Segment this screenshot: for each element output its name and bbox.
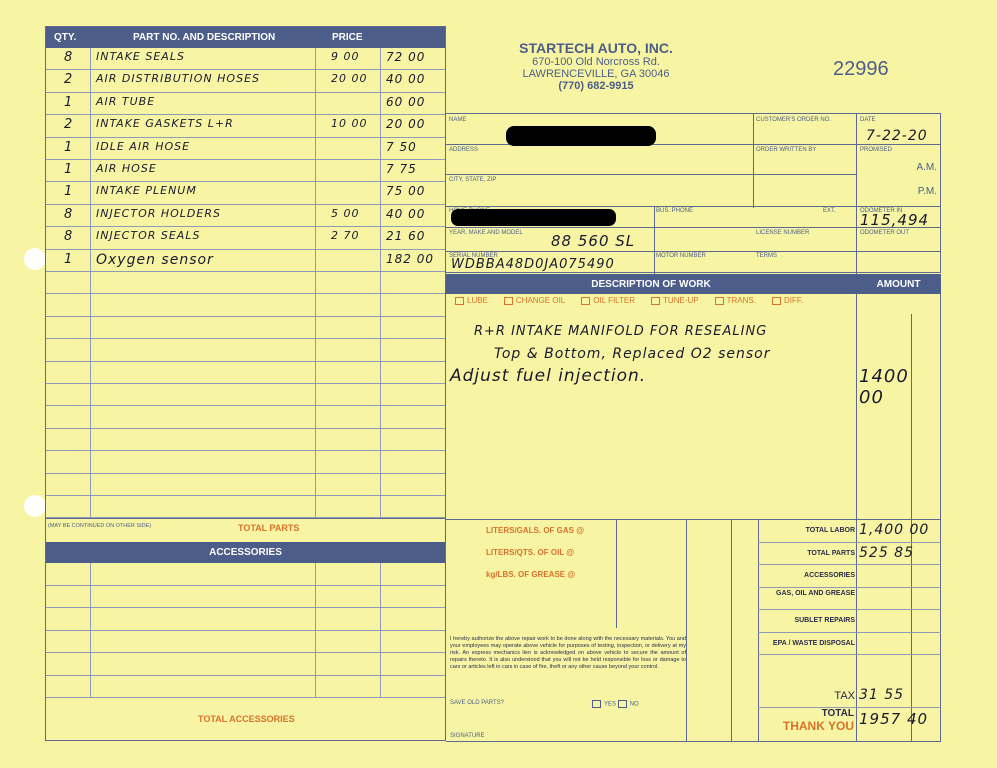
accessory-cell xyxy=(91,586,316,608)
accessory-cell xyxy=(316,676,381,698)
parts-cell xyxy=(91,384,316,405)
parts-cell xyxy=(91,317,316,338)
part-qty: 2 xyxy=(64,117,73,132)
parts-row xyxy=(46,474,445,496)
accessory-cell xyxy=(316,631,381,653)
accessory-cell xyxy=(381,631,447,653)
parts-header: QTY. PART NO. AND DESCRIPTION PRICE xyxy=(46,27,445,48)
parts-cell xyxy=(381,406,447,427)
customers-order-label: CUSTOMER'S ORDER NO. xyxy=(756,117,831,123)
parts-table: QTY. PART NO. AND DESCRIPTION PRICE 8INT… xyxy=(45,26,446,741)
address-label: ADDRESS xyxy=(449,147,478,153)
parts-cell xyxy=(91,474,316,495)
part-amount: 72 00 xyxy=(386,50,425,64)
accessory-cell xyxy=(46,608,91,630)
continued-note: (MAY BE CONTINUED ON OTHER SIDE) xyxy=(48,523,151,529)
qty-header: QTY. xyxy=(46,32,91,43)
totals-value: 525 85 xyxy=(859,545,914,561)
parts-cell xyxy=(46,294,91,315)
parts-cell xyxy=(46,474,91,495)
parts-cell xyxy=(316,362,381,383)
punch-hole xyxy=(24,248,46,270)
am-label: A.M. xyxy=(916,162,937,173)
gas-label: LITERS/GALS. OF GAS @ xyxy=(486,526,584,535)
part-amount: 75 00 xyxy=(386,184,425,198)
parts-cell xyxy=(46,451,91,472)
parts-cell xyxy=(316,138,381,159)
redacted-name xyxy=(506,126,656,146)
accessory-row xyxy=(46,653,445,676)
ymm-value: 88 560 SL xyxy=(551,232,635,250)
parts-cell xyxy=(46,339,91,360)
accessory-row xyxy=(46,586,445,609)
serial-value: WDBBA48D0JA075490 xyxy=(451,257,615,272)
part-qty: 1 xyxy=(64,184,73,199)
parts-cell xyxy=(46,317,91,338)
odometer-out-label: ODOMETER OUT xyxy=(860,230,909,236)
part-amount: 40 00 xyxy=(386,207,425,221)
part-unit: 10 00 xyxy=(331,117,368,130)
part-qty: 8 xyxy=(64,207,73,222)
totals-value: 31 55 xyxy=(859,687,904,703)
promised-label: PROMISED xyxy=(860,147,892,153)
accessory-cell xyxy=(91,563,316,585)
work-line-3: Adjust fuel injection. xyxy=(450,366,646,386)
accessories-header: ACCESSORIES xyxy=(46,542,445,563)
parts-cell xyxy=(316,474,381,495)
bus-phone-label: BUS. PHONE xyxy=(656,208,693,214)
terms-label: TERMS xyxy=(756,253,777,259)
part-unit: 20 00 xyxy=(331,72,368,85)
accessory-cell xyxy=(91,653,316,675)
thank-you: THANK YOU xyxy=(758,719,854,733)
parts-cell xyxy=(316,160,381,181)
accessory-cell xyxy=(316,653,381,675)
part-description: INTAKE GASKETS L+R xyxy=(96,117,234,130)
redacted-phone xyxy=(451,209,616,226)
parts-row: 2INTAKE GASKETS L+R10 0020 00 xyxy=(46,115,445,137)
signature-label: SIGNATURE xyxy=(450,733,485,739)
parts-cell xyxy=(46,384,91,405)
parts-cell xyxy=(381,339,447,360)
accessory-cell xyxy=(381,586,447,608)
parts-row: 8INJECTOR SEALS2 7021 60 xyxy=(46,227,445,249)
description-header: PART NO. AND DESCRIPTION xyxy=(91,32,316,43)
odometer-in-value: 115,494 xyxy=(860,211,929,229)
date-label: DATE xyxy=(860,117,876,123)
company-name: STARTECH AUTO, INC. xyxy=(446,40,746,56)
pm-label: P.M. xyxy=(918,186,937,197)
part-qty: 1 xyxy=(64,252,73,267)
parts-cell xyxy=(91,272,316,293)
parts-cell xyxy=(46,362,91,383)
part-description: AIR DISTRIBUTION HOSES xyxy=(96,72,260,85)
work-area: R+R INTAKE MANIFOLD FOR RESEALING Top & … xyxy=(446,294,941,520)
parts-row: 8INTAKE SEALS9 0072 00 xyxy=(46,48,445,70)
parts-row xyxy=(46,406,445,428)
yes-label: YES xyxy=(604,702,616,708)
parts-row xyxy=(46,317,445,339)
totals-row: TOTAL PARTS525 85 xyxy=(758,543,941,566)
bottom-section: LITERS/GALS. OF GAS @ LITERS/QTS. OF OIL… xyxy=(446,520,941,742)
total-parts-label: TOTAL PARTS xyxy=(238,523,299,533)
totals-label: SUBLET REPAIRS xyxy=(765,617,855,625)
accessory-cell xyxy=(46,563,91,585)
part-unit: 9 00 xyxy=(331,50,360,63)
part-amount: 182 00 xyxy=(386,252,434,266)
accessory-cell xyxy=(91,676,316,698)
parts-cell xyxy=(46,406,91,427)
parts-cell xyxy=(316,182,381,203)
totals-row: GAS, OIL AND GREASE xyxy=(758,588,941,611)
authorization-disclaimer: I hereby authorize the above repair work… xyxy=(450,636,686,671)
parts-row xyxy=(46,362,445,384)
totals-label: GAS, OIL AND GREASE xyxy=(765,590,855,598)
part-description: Oxygen sensor xyxy=(96,252,214,268)
save-parts-label: SAVE OLD PARTS? xyxy=(450,700,504,706)
parts-cell xyxy=(381,272,447,293)
part-amount: 7 50 xyxy=(386,140,417,154)
totals-row: SUBLET REPAIRS xyxy=(758,610,941,633)
part-description: AIR HOSE xyxy=(96,162,157,175)
parts-row: 1Oxygen sensor182 00 xyxy=(46,250,445,272)
accessory-row xyxy=(46,563,445,586)
parts-cell xyxy=(316,93,381,114)
parts-cell xyxy=(316,496,381,517)
parts-cell xyxy=(91,406,316,427)
ymm-label: YEAR, MAKE AND MODEL xyxy=(449,230,523,236)
parts-cell xyxy=(381,429,447,450)
work-amount: 1400 00 xyxy=(859,366,940,408)
parts-cell xyxy=(91,294,316,315)
parts-row: 1AIR HOSE7 75 xyxy=(46,160,445,182)
parts-cell xyxy=(316,272,381,293)
work-header: DESCRIPTION OF WORK xyxy=(446,274,856,294)
part-qty: 8 xyxy=(64,50,73,65)
invoice-paper: QTY. PART NO. AND DESCRIPTION PRICE 8INT… xyxy=(0,0,997,768)
parts-cell xyxy=(381,451,447,472)
totals-label: ACCESSORIES xyxy=(765,572,855,580)
totals-value: 1,400 00 xyxy=(859,522,929,538)
work-line-2: Top & Bottom, Replaced O2 sensor xyxy=(494,346,770,362)
parts-cell xyxy=(316,384,381,405)
part-amount: 7 75 xyxy=(386,162,417,176)
accessory-cell xyxy=(381,608,447,630)
part-unit: 5 00 xyxy=(331,207,360,220)
part-qty: 2 xyxy=(64,72,73,87)
accessory-cell xyxy=(46,631,91,653)
total-accessories-label: TOTAL ACCESSORIES xyxy=(198,714,295,724)
parts-row xyxy=(46,496,445,518)
parts-row xyxy=(46,339,445,361)
accessory-cell xyxy=(316,563,381,585)
parts-cell xyxy=(381,496,447,517)
grand-total-label-block: TOTAL THANK YOU xyxy=(758,708,854,733)
accessory-cell xyxy=(381,676,447,698)
accessory-row xyxy=(46,608,445,631)
grand-total-value: 1957 40 xyxy=(859,710,928,728)
parts-row xyxy=(46,272,445,294)
totals-label: TOTAL PARTS xyxy=(765,550,855,558)
part-qty: 1 xyxy=(64,162,73,177)
totals-row: TAX31 55 xyxy=(758,685,941,708)
part-description: IDLE AIR HOSE xyxy=(96,140,190,153)
company-address: 670-100 Old Norcross Rd. xyxy=(446,56,746,68)
total-parts-row: (MAY BE CONTINUED ON OTHER SIDE) TOTAL P… xyxy=(46,518,445,540)
parts-cell xyxy=(316,250,381,271)
parts-row xyxy=(46,384,445,406)
save-parts-row: SAVE OLD PARTS? YES NO xyxy=(450,700,504,706)
part-unit: 2 70 xyxy=(331,229,360,242)
parts-row: 1IDLE AIR HOSE7 50 xyxy=(46,138,445,160)
parts-cell xyxy=(381,317,447,338)
parts-cell xyxy=(381,294,447,315)
customer-grid: NAME ADDRESS CITY, STATE, ZIP HOME PHONE… xyxy=(446,113,941,273)
company-phone: (770) 682-9915 xyxy=(446,80,746,92)
parts-cell xyxy=(46,272,91,293)
accessory-row xyxy=(46,676,445,699)
accessory-cell xyxy=(381,653,447,675)
parts-row: 1INTAKE PLENUM75 00 xyxy=(46,182,445,204)
totals-label: TAX xyxy=(765,692,855,700)
accessory-cell xyxy=(46,586,91,608)
parts-cell xyxy=(91,339,316,360)
punch-hole xyxy=(24,495,46,517)
parts-cell xyxy=(316,294,381,315)
accessory-cell xyxy=(316,608,381,630)
license-label: LICENSE NUMBER xyxy=(756,230,809,236)
part-amount: 21 60 xyxy=(386,229,425,243)
parts-cell xyxy=(91,496,316,517)
date-value: 7-22-20 xyxy=(866,128,928,144)
accessory-cell xyxy=(316,586,381,608)
parts-cell xyxy=(91,429,316,450)
totals-label: TOTAL LABOR xyxy=(765,527,855,535)
parts-cell xyxy=(316,451,381,472)
save-parts-no-checkbox[interactable] xyxy=(618,700,627,708)
company-city: LAWRENCEVILLE, GA 30046 xyxy=(446,68,746,80)
part-qty: 1 xyxy=(64,140,73,155)
accessory-cell xyxy=(91,608,316,630)
parts-row: 2AIR DISTRIBUTION HOSES20 0040 00 xyxy=(46,70,445,92)
parts-row xyxy=(46,294,445,316)
parts-row xyxy=(46,429,445,451)
invoice-number: 22996 xyxy=(833,58,889,81)
part-amount: 20 00 xyxy=(386,117,425,131)
ext-label: EXT. xyxy=(823,208,836,214)
part-description: INTAKE SEALS xyxy=(96,50,185,63)
amount-header: AMOUNT xyxy=(856,274,941,294)
order-written-label: ORDER WRITTEN BY xyxy=(756,147,816,153)
grease-label: kg/LBS. OF GREASE @ xyxy=(486,570,575,579)
parts-cell xyxy=(91,362,316,383)
no-label: NO xyxy=(630,702,639,708)
totals-label: EPA / WASTE DISPOSAL xyxy=(765,640,855,648)
parts-cell xyxy=(46,429,91,450)
parts-cell xyxy=(381,384,447,405)
parts-cell xyxy=(46,496,91,517)
parts-row: 1AIR TUBE60 00 xyxy=(46,93,445,115)
oil-label: LITERS/QTS. OF OIL @ xyxy=(486,548,574,557)
totals-row: ACCESSORIES xyxy=(758,565,941,588)
parts-row xyxy=(46,451,445,473)
accessory-cell xyxy=(91,631,316,653)
totals-row: EPA / WASTE DISPOSAL xyxy=(758,633,941,656)
part-qty: 1 xyxy=(64,95,73,110)
totals-row: TOTAL LABOR1,400 00 xyxy=(758,520,941,543)
accessory-row xyxy=(46,631,445,654)
work-line-1: R+R INTAKE MANIFOLD FOR RESEALING xyxy=(474,324,767,339)
part-description: INJECTOR SEALS xyxy=(96,229,200,242)
parts-cell xyxy=(316,339,381,360)
name-label: NAME xyxy=(449,117,466,123)
accessory-cell xyxy=(46,676,91,698)
price-header: PRICE xyxy=(316,32,381,43)
city-label: CITY, STATE, ZIP xyxy=(449,177,496,183)
parts-cell xyxy=(316,317,381,338)
part-amount: 40 00 xyxy=(386,72,425,86)
motor-label: MOTOR NUMBER xyxy=(656,253,706,259)
parts-cell xyxy=(381,474,447,495)
parts-cell xyxy=(91,451,316,472)
accessory-cell xyxy=(381,563,447,585)
part-description: AIR TUBE xyxy=(96,95,155,108)
parts-cell xyxy=(316,429,381,450)
part-qty: 8 xyxy=(64,229,73,244)
part-amount: 60 00 xyxy=(386,95,425,109)
part-description: INJECTOR HOLDERS xyxy=(96,207,221,220)
save-parts-yes-checkbox[interactable] xyxy=(592,700,601,708)
part-description: INTAKE PLENUM xyxy=(96,184,197,197)
grand-total-label: TOTAL xyxy=(758,708,854,719)
company-block: STARTECH AUTO, INC. 670-100 Old Norcross… xyxy=(446,40,746,92)
parts-cell xyxy=(316,406,381,427)
accessory-cell xyxy=(46,653,91,675)
parts-row: 8INJECTOR HOLDERS5 0040 00 xyxy=(46,205,445,227)
parts-cell xyxy=(381,362,447,383)
